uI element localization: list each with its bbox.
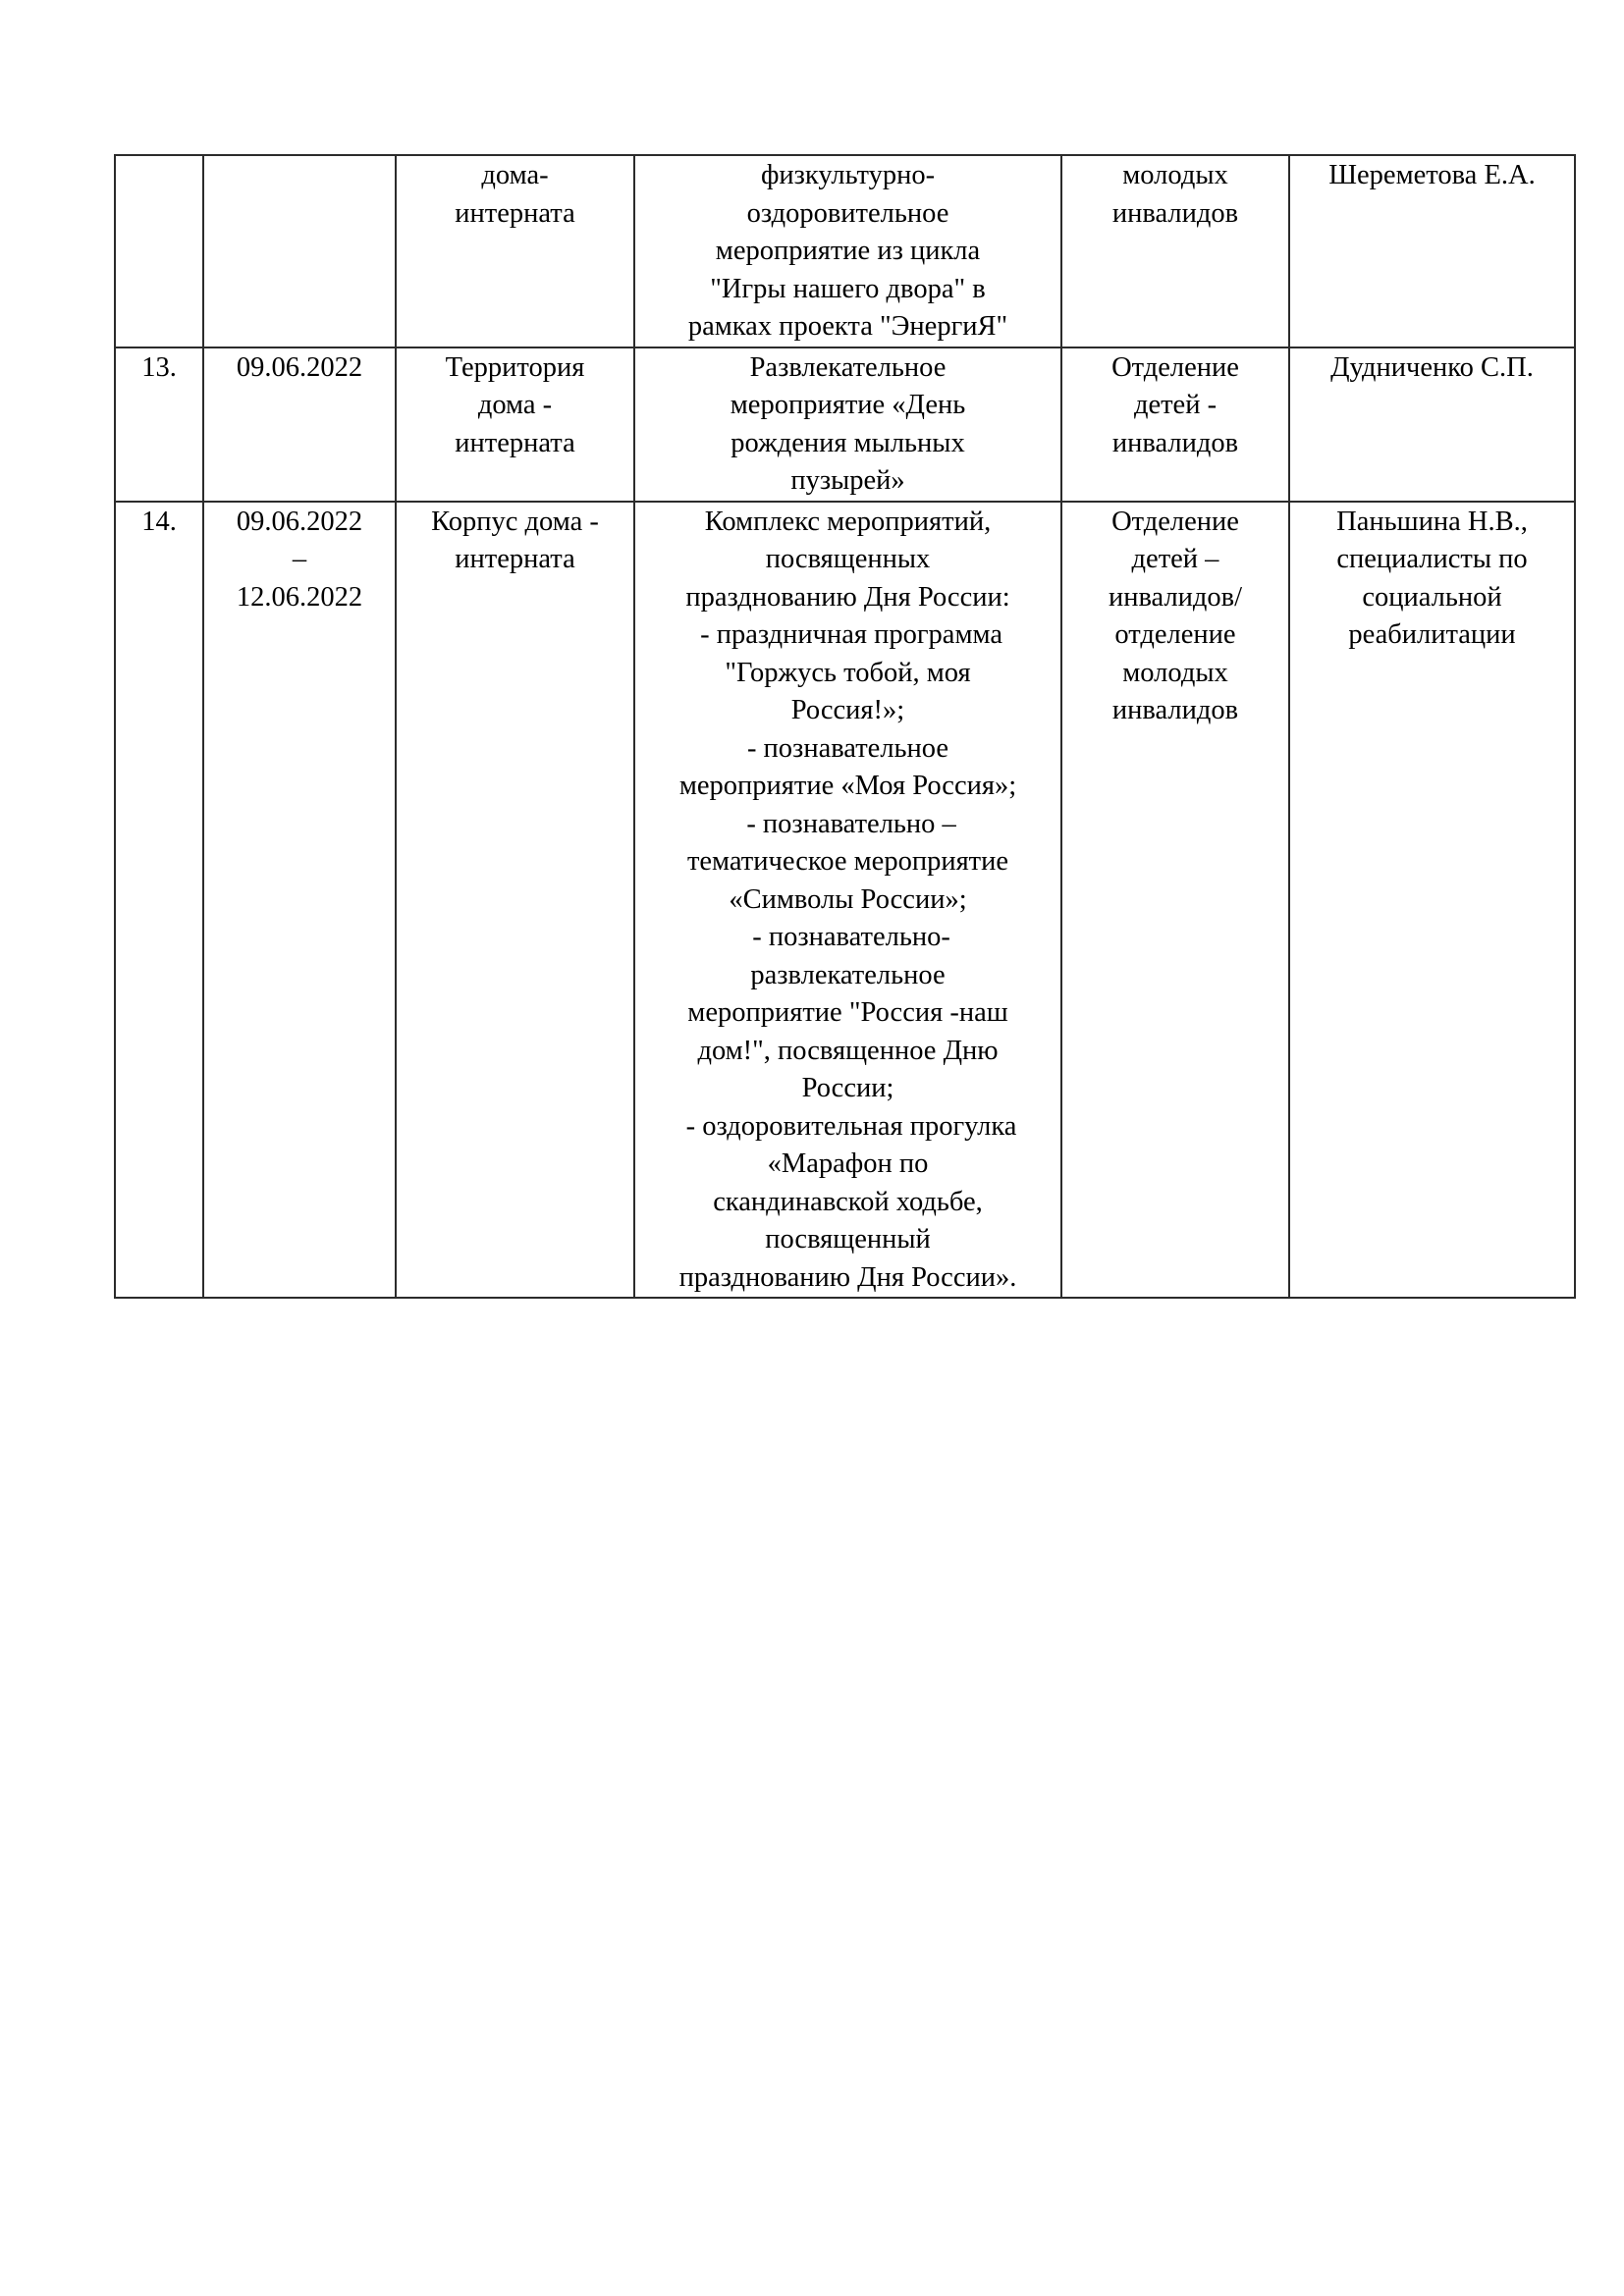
table-row: 13. 09.06.2022 Территориядома -интерната…	[115, 347, 1575, 502]
cell-department: Отделениедетей -инвалидов	[1061, 347, 1289, 502]
cell-department: Отделениедетей –инвалидов/отделениемолод…	[1061, 502, 1289, 1299]
text-line: мероприятие «День	[639, 387, 1056, 425]
cell-responsible: Шереметова Е.А.	[1289, 155, 1575, 347]
text-line: Корпус дома -	[401, 504, 629, 542]
cell-place: Корпус дома -интерната	[396, 502, 634, 1299]
text-line: посвященных	[639, 541, 1056, 579]
text-line: развлекательное	[639, 957, 1056, 995]
text-line: интерната	[401, 195, 629, 234]
text-line: мероприятие "Россия -наш	[639, 994, 1056, 1033]
text-line: интерната	[401, 541, 629, 579]
cell-place: дома-интерната	[396, 155, 634, 347]
text-line: Паньшина Н.В.,	[1294, 504, 1570, 542]
text-line: дома -	[401, 387, 629, 425]
text-line: «Марафон по	[639, 1146, 1056, 1184]
text-line: интерната	[401, 425, 629, 463]
text-line: Развлекательное	[639, 349, 1056, 388]
text-line: Дудниченко С.П.	[1294, 349, 1570, 388]
text-line: дома-	[401, 157, 629, 195]
text-line: физкультурно-	[639, 157, 1056, 195]
text-line: молодых	[1066, 157, 1284, 195]
text-line: 09.06.2022	[208, 504, 391, 542]
text-line: Шереметова Е.А.	[1294, 157, 1570, 195]
text-line: - познавательное	[639, 730, 1056, 769]
text-line: детей –	[1066, 541, 1284, 579]
text-line: Отделение	[1066, 504, 1284, 542]
text-line: пузырей»	[639, 462, 1056, 501]
text-line: тематическое мероприятие	[639, 843, 1056, 881]
cell-department: молодыхинвалидов	[1061, 155, 1289, 347]
table-row: 14. 09.06.2022–12.06.2022 Корпус дома -и…	[115, 502, 1575, 1299]
text-line: инвалидов/	[1066, 579, 1284, 617]
text-line: посвященный	[639, 1221, 1056, 1259]
cell-event: физкультурно-оздоровительноемероприятие …	[634, 155, 1061, 347]
text-line: «Символы России»;	[639, 881, 1056, 920]
text-line: "Горжусь тобой, моя	[639, 655, 1056, 693]
cell-number	[115, 155, 203, 347]
cell-date: 09.06.2022–12.06.2022	[203, 502, 396, 1299]
text-line: России;	[639, 1070, 1056, 1108]
cell-responsible: Паньшина Н.В.,специалисты посоциальнойре…	[1289, 502, 1575, 1299]
cell-event: Развлекательноемероприятие «Деньрождения…	[634, 347, 1061, 502]
cell-date: 09.06.2022	[203, 347, 396, 502]
text-line: отделение	[1066, 616, 1284, 655]
text-line: инвалидов	[1066, 195, 1284, 234]
text-line: 12.06.2022	[208, 579, 391, 617]
cell-number: 14.	[115, 502, 203, 1299]
text-line: дом!", посвященное Дню	[639, 1033, 1056, 1071]
text-line: молодых	[1066, 655, 1284, 693]
text-line: Россия!»;	[639, 692, 1056, 730]
text-line: "Игры нашего двора" в	[639, 271, 1056, 309]
text-line: Отделение	[1066, 349, 1284, 388]
text-line: 09.06.2022	[208, 349, 391, 388]
text-line: скандинавской ходьбе,	[639, 1184, 1056, 1222]
text-line: празднованию Дня России:	[639, 579, 1056, 617]
event-heading: Комплекс мероприятий,посвященныхпразднов…	[639, 504, 1056, 617]
cell-number: 13.	[115, 347, 203, 502]
text-line: - праздничная программа	[639, 616, 1056, 655]
text-line: оздоровительное	[639, 195, 1056, 234]
text-line: Территория	[401, 349, 629, 388]
text-line: –	[208, 541, 391, 579]
text-line: - познавательно –	[639, 806, 1056, 844]
document-page: дома-интерната физкультурно-оздоровитель…	[0, 0, 1624, 2296]
text-line: мероприятие «Моя Россия»;	[639, 768, 1056, 806]
text-line: - познавательно-	[639, 919, 1056, 957]
text-line: - оздоровительная прогулка	[639, 1108, 1056, 1147]
text-line: мероприятие из цикла	[639, 233, 1056, 271]
cell-responsible: Дудниченко С.П.	[1289, 347, 1575, 502]
table-row: дома-интерната физкультурно-оздоровитель…	[115, 155, 1575, 347]
text-line: рождения мыльных	[639, 425, 1056, 463]
text-line: реабилитации	[1294, 616, 1570, 655]
text-line: детей -	[1066, 387, 1284, 425]
event-list-items: - праздничная программа"Горжусь тобой, м…	[639, 616, 1056, 1297]
text-line: празднованию Дня России».	[639, 1259, 1056, 1298]
text-line: специалисты по	[1294, 541, 1570, 579]
text-line: Комплекс мероприятий,	[639, 504, 1056, 542]
text-line: инвалидов	[1066, 425, 1284, 463]
cell-date	[203, 155, 396, 347]
text-line: рамках проекта "ЭнергиЯ"	[639, 308, 1056, 347]
cell-event: Комплекс мероприятий,посвященныхпразднов…	[634, 502, 1061, 1299]
events-schedule-table: дома-интерната физкультурно-оздоровитель…	[114, 154, 1576, 1299]
text-line: инвалидов	[1066, 692, 1284, 730]
text-line: социальной	[1294, 579, 1570, 617]
cell-place: Территориядома -интерната	[396, 347, 634, 502]
